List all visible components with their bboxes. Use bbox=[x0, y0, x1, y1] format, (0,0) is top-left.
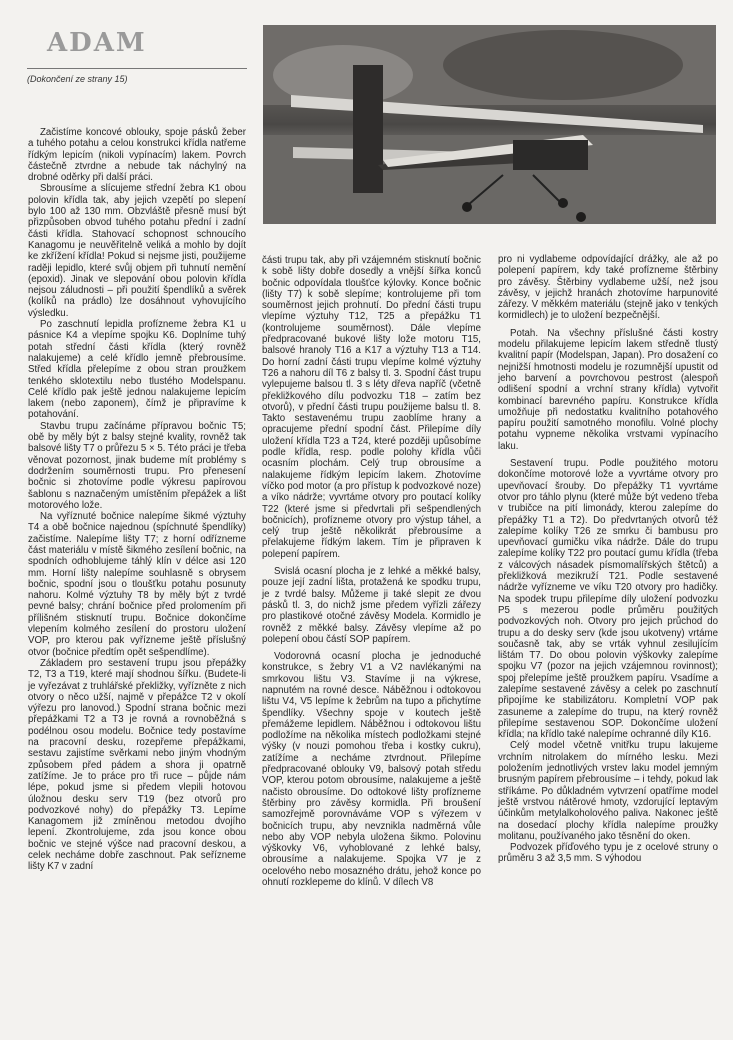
paragraph: Vodorovná ocasní plocha je jednoduché ko… bbox=[262, 651, 481, 888]
paragraph: Podvozek příďového typu je z ocelové str… bbox=[498, 842, 718, 865]
airplane-photo bbox=[263, 25, 716, 224]
paragraph: Celý model včetně vnitřku trupu lakujeme… bbox=[498, 740, 718, 842]
paragraph: Začistíme koncové oblouky, spoje pásků ž… bbox=[28, 127, 246, 183]
airplane-photo-icon bbox=[263, 25, 716, 224]
paragraph: Na vyříznuté bočnice nalepíme šikmé výzt… bbox=[28, 511, 246, 658]
continuation-note: (Dokončení ze strany 15) bbox=[27, 74, 128, 84]
paragraph: části trupu tak, aby při vzájemném stisk… bbox=[262, 255, 481, 560]
paragraph: Sbrousíme a slícujeme střední žebra K1 o… bbox=[28, 183, 246, 319]
column-right: pro ni vydlabeme odpovídající drážky, al… bbox=[498, 254, 718, 865]
paragraph: Stavbu trupu začínáme přípravou bočnic T… bbox=[28, 421, 246, 511]
title-divider bbox=[27, 68, 247, 69]
paragraph: Po zaschnutí lepidla profízneme žebra K1… bbox=[28, 319, 246, 421]
paragraph: Sestavení trupu. Podle použitého motoru … bbox=[498, 458, 718, 740]
paragraph: Svislá ocasní plocha je z lehké a měkké … bbox=[262, 566, 481, 645]
column-left: Začistíme koncové oblouky, spoje pásků ž… bbox=[28, 127, 246, 873]
article-title: ADAM bbox=[47, 28, 147, 58]
magazine-page: ADAM (Dokončení ze strany 15) Začistíme … bbox=[0, 0, 733, 1040]
paragraph: pro ni vydlabeme odpovídající drážky, al… bbox=[498, 254, 718, 322]
column-middle: části trupu tak, aby při vzájemném stisk… bbox=[262, 255, 481, 888]
paragraph: Základem pro sestavení trupu jsou přepáž… bbox=[28, 658, 246, 873]
paragraph: Potah. Na všechny příslušné části kostry… bbox=[498, 328, 718, 452]
